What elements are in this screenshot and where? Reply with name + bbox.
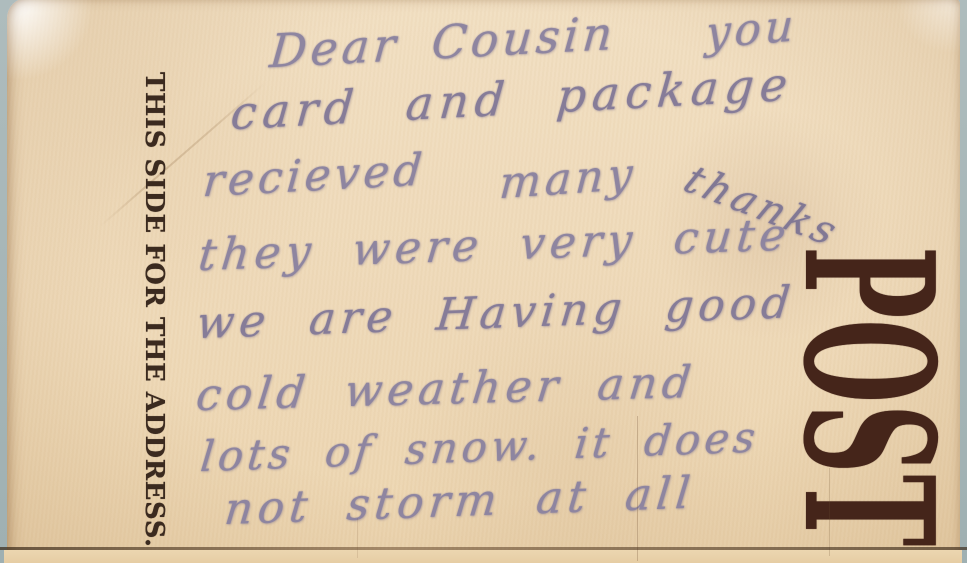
handwriting-line: recieved <box>201 148 427 204</box>
handwriting-line: they were very cute <box>196 213 792 278</box>
handwriting-line: many <box>498 152 638 206</box>
handwriting-line: Dear Cousin <box>268 10 618 74</box>
card-bottom-strip <box>4 550 962 563</box>
handwriting-line: cold weather and <box>194 361 698 418</box>
printed-post-label: POST <box>798 246 937 547</box>
postcard: THIS SIDE FOR THE ADDRESS. POST Dear Cou… <box>7 0 960 563</box>
crease-line <box>357 518 358 558</box>
postcard-photo: THIS SIDE FOR THE ADDRESS. POST Dear Cou… <box>0 0 967 563</box>
handwriting-line: you <box>705 4 799 56</box>
crease-line <box>637 416 638 561</box>
card-bottom-edge <box>0 547 967 550</box>
crease-line <box>829 468 830 556</box>
handwriting-line: we are Having good <box>194 281 797 346</box>
printed-address-side-note: THIS SIDE FOR THE ADDRESS. <box>141 72 167 548</box>
handwriting-line: not storm at all <box>222 472 697 533</box>
